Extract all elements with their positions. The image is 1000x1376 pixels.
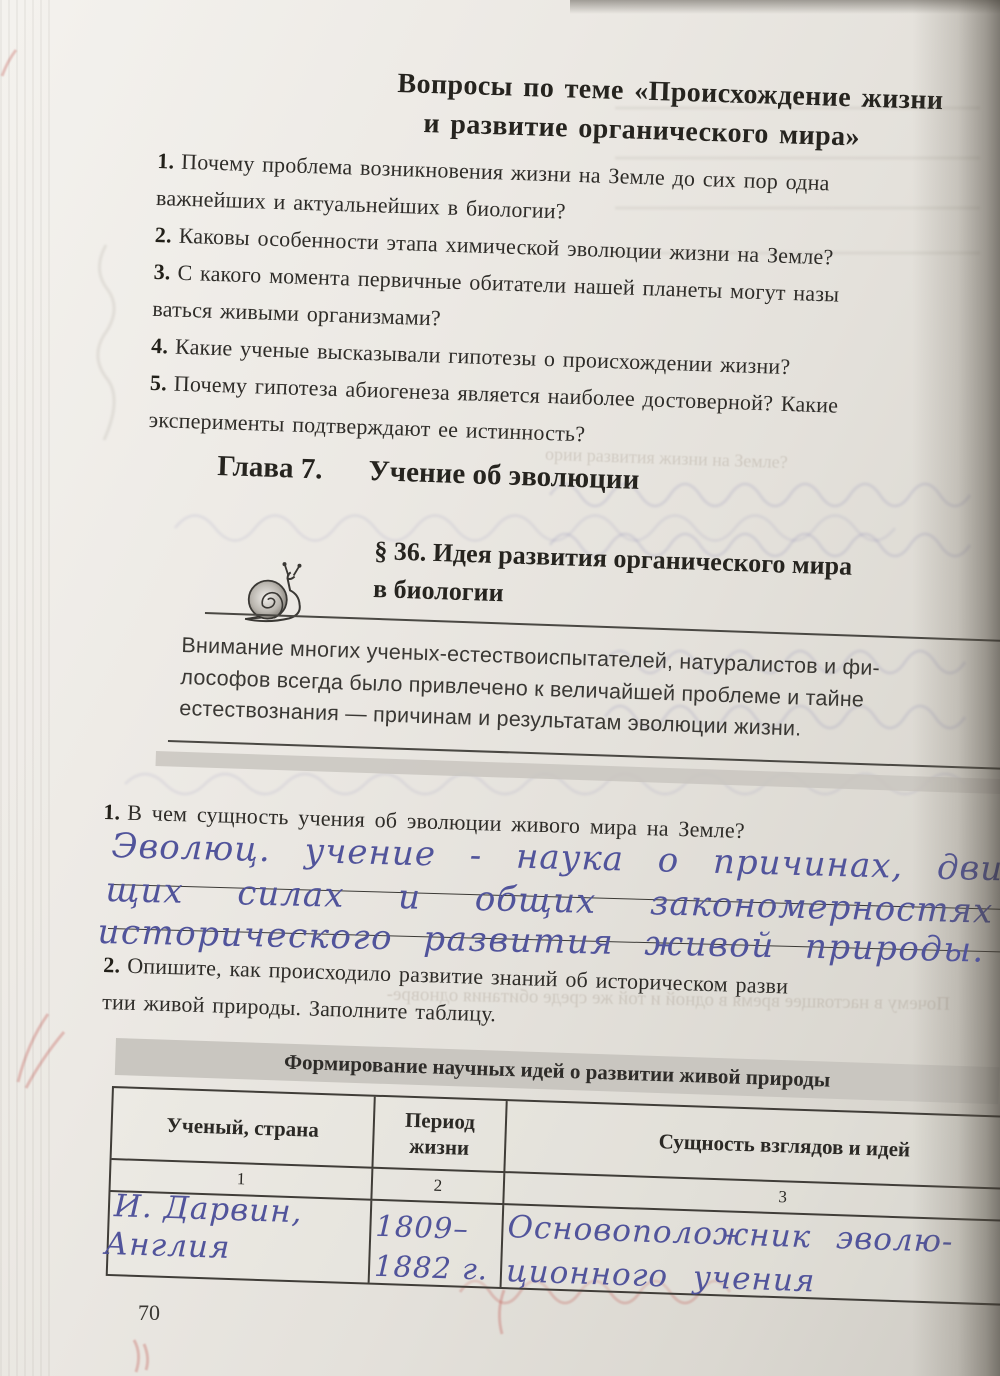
table-colnum-2: 2 xyxy=(372,1169,505,1205)
pencil-mark xyxy=(82,240,130,450)
question-number: 1. xyxy=(157,148,175,174)
question-number: 3. xyxy=(153,259,171,285)
task-number: 1. xyxy=(103,799,121,824)
question-number: 5. xyxy=(150,370,168,396)
chapter-label: Глава 7. xyxy=(217,450,323,486)
page-curl-shadow xyxy=(912,0,1000,1376)
section-heading: § 36. Идея развития органического мира в… xyxy=(372,532,852,624)
table-cell-period: 1809– 1882 г. xyxy=(370,1201,505,1287)
red-pen-mark xyxy=(490,1286,512,1338)
top-edge-shadow xyxy=(570,0,1000,14)
scanned-workbook-page: ории развития жизни на Земле? Почему в н… xyxy=(0,0,1000,1376)
worksheet-table: Ученый, страна Период жизни Сущность взг… xyxy=(106,1086,1000,1308)
table-header-scientist: Ученый, страна xyxy=(112,1088,376,1169)
task-number: 2. xyxy=(103,952,121,978)
table-cell-scientist: И. Дарвин, Англия xyxy=(108,1192,373,1283)
question-number: 2. xyxy=(155,222,173,248)
question-number: 4. xyxy=(151,333,169,359)
binding-crease-shading xyxy=(0,0,56,1376)
page-number: 70 xyxy=(138,1300,160,1326)
red-pen-mark xyxy=(126,1336,156,1376)
topic-questions-list: 1.Почему проблема возникновения жизни на… xyxy=(148,142,1000,468)
table-header-period: Период жизни xyxy=(373,1097,507,1173)
